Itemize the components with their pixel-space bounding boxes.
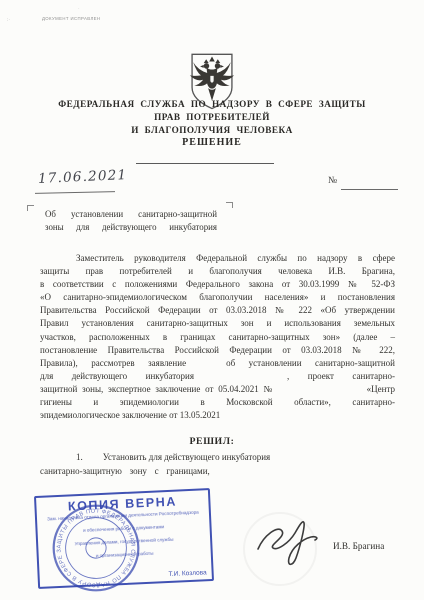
scan-speck: :· <box>7 18 10 23</box>
body-line: Правительства Российской Федерации от 03… <box>40 304 395 317</box>
body-line: участков, расположенных в границах санит… <box>40 331 395 344</box>
signature-scribble <box>253 517 333 569</box>
doc-type-title: РЕШЕНИЕ <box>0 137 424 148</box>
document-page: :· · ДОКУМЕНТ ИСПРАВЛЕН ФЕДЕРАЛЬНАЯ СЛУЖ <box>0 0 424 600</box>
redacted-gap <box>275 391 367 392</box>
body-line: защиты прав потребителей и благополучия … <box>40 265 395 278</box>
corner-bracket-left <box>27 205 34 211</box>
number-label: № <box>328 176 337 186</box>
redacted-gap <box>194 378 287 379</box>
body-paragraph: Заместитель руководителя Федеральной слу… <box>40 252 395 422</box>
resolution-items: 1.Установить для действующего инкубатори… <box>40 450 395 478</box>
org-name: ФЕДЕРАЛЬНАЯ СЛУЖБА ПО НАДЗОРУ В СФЕРЕ ЗА… <box>0 100 424 139</box>
handwritten-date: 17.06.2021 <box>38 167 128 187</box>
body-line: постановление Правительства Российской Ф… <box>40 344 395 357</box>
body-line: Правил установления санитарно-защитных з… <box>40 317 395 330</box>
body-line: защитной зоны, экспертное заключение от … <box>40 383 395 396</box>
date-underline <box>35 191 115 194</box>
resolution-heading: РЕШИЛ: <box>0 436 424 447</box>
resolution-line: 1.Установить для действующего инкубатори… <box>40 450 395 464</box>
body-line: для действующего инкубатория, проект сан… <box>40 370 395 383</box>
body-line: в соответствии с положениями Федеральног… <box>40 278 395 291</box>
corner-note: ДОКУМЕНТ ИСПРАВЛЕН <box>42 16 100 21</box>
number-blank-line <box>341 189 398 190</box>
subject-line: зоны для действующего инкубатория <box>45 222 217 235</box>
subject-text: Об установлении санитарно-защитнойзоны д… <box>45 209 217 235</box>
body-line: эпидемиологическое заключение от 13.05.2… <box>40 409 395 422</box>
body-line: Заместитель руководителя Федеральной слу… <box>40 252 395 265</box>
round-seal-stamp: ФЕДЕРАЛЬНАЯ СЛУЖБА ПО НАДЗОРУ В СФЕРЕ ЗА… <box>43 495 148 600</box>
signatory-name: И.В. Брагина <box>333 541 384 551</box>
body-line: Правила), рассмотрев заявлениеоб установ… <box>40 357 395 370</box>
resolution-line: санитарно-защитную зону с границами, <box>40 464 395 478</box>
scan-speck: · <box>78 7 80 12</box>
redacted-gap <box>186 365 226 366</box>
subject-line: Об установлении санитарно-защитной <box>45 209 217 222</box>
date-blank-line <box>136 163 274 164</box>
body-line: гигиены и эпидемиологии в Московской обл… <box>40 396 395 409</box>
corner-bracket-right <box>226 202 233 208</box>
stamp-signer-name: Т.И. Козлова <box>168 569 206 578</box>
subject-block: Об установлении санитарно-защитнойзоны д… <box>27 202 233 235</box>
redacted-gap <box>83 459 103 460</box>
body-line: «О санитарно-эпидемиологическом благопол… <box>40 291 395 304</box>
